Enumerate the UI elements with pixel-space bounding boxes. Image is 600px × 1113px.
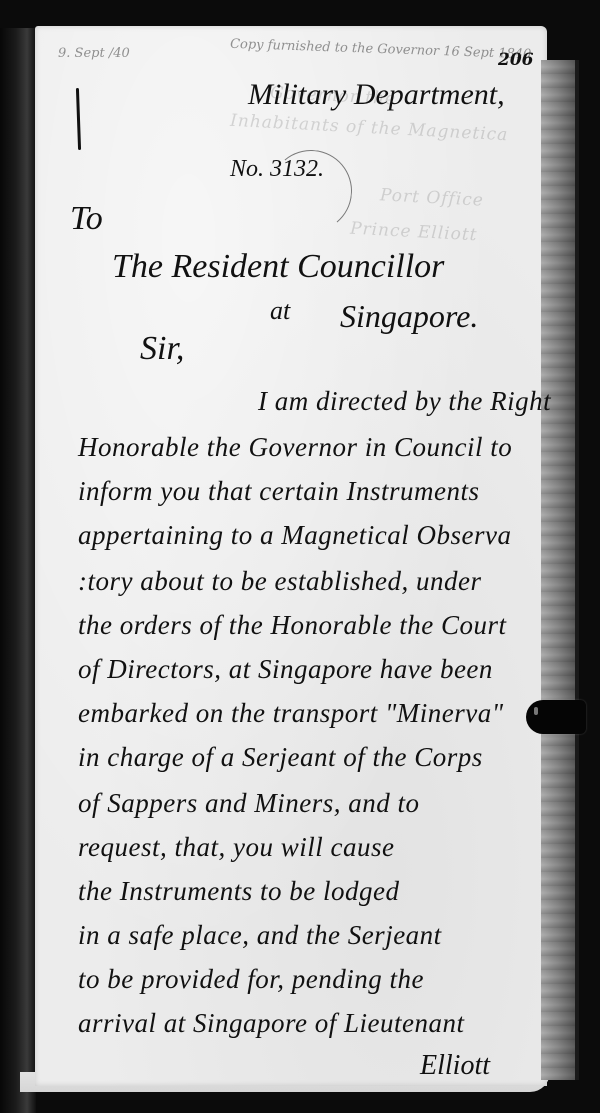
binding-margin-right bbox=[541, 60, 579, 1080]
body-line: to be provided for, pending the bbox=[78, 964, 424, 995]
body-line: the Instruments to be lodged bbox=[78, 876, 399, 907]
body-line: :tory about to be established, under bbox=[78, 566, 481, 597]
greeting: Sir, bbox=[140, 330, 184, 368]
body-line: of Directors, at Singapore have been bbox=[78, 654, 493, 685]
body-line: I am directed by the Right bbox=[258, 386, 551, 417]
department-heading: Military Department, bbox=[248, 78, 505, 112]
addressee-place: Singapore. bbox=[340, 298, 478, 335]
body-line: request, that, you will cause bbox=[78, 832, 394, 863]
catchword-elliott: Elliott bbox=[420, 1050, 490, 1082]
body-line: Honorable the Governor in Council to bbox=[78, 432, 512, 463]
body-line: in a safe place, and the Serjeant bbox=[78, 920, 442, 951]
body-line: in charge of a Serjeant of the Corps bbox=[78, 742, 483, 773]
reference-number: No. 3132. bbox=[230, 156, 324, 183]
folio-number: 206 bbox=[498, 50, 534, 70]
book-spine-left bbox=[0, 28, 36, 1113]
body-line: the orders of the Honorable the Court bbox=[78, 610, 506, 641]
body-line: embarked on the transport "Minerva" bbox=[78, 698, 504, 729]
pencil-note-date: 9. Sept /40 bbox=[58, 46, 130, 61]
salutation-to: To bbox=[70, 200, 103, 238]
addressee: The Resident Councillor bbox=[112, 248, 444, 286]
addressee-at: at bbox=[270, 296, 290, 326]
binding-clip bbox=[526, 700, 586, 734]
body-line: inform you that certain Instruments bbox=[78, 476, 479, 507]
body-line: of Sappers and Miners, and to bbox=[78, 788, 420, 819]
body-line: arrival at Singapore of Lieutenant bbox=[78, 1008, 464, 1039]
body-line: appertaining to a Magnetical Observa bbox=[78, 520, 511, 551]
clip-highlight bbox=[534, 707, 538, 715]
